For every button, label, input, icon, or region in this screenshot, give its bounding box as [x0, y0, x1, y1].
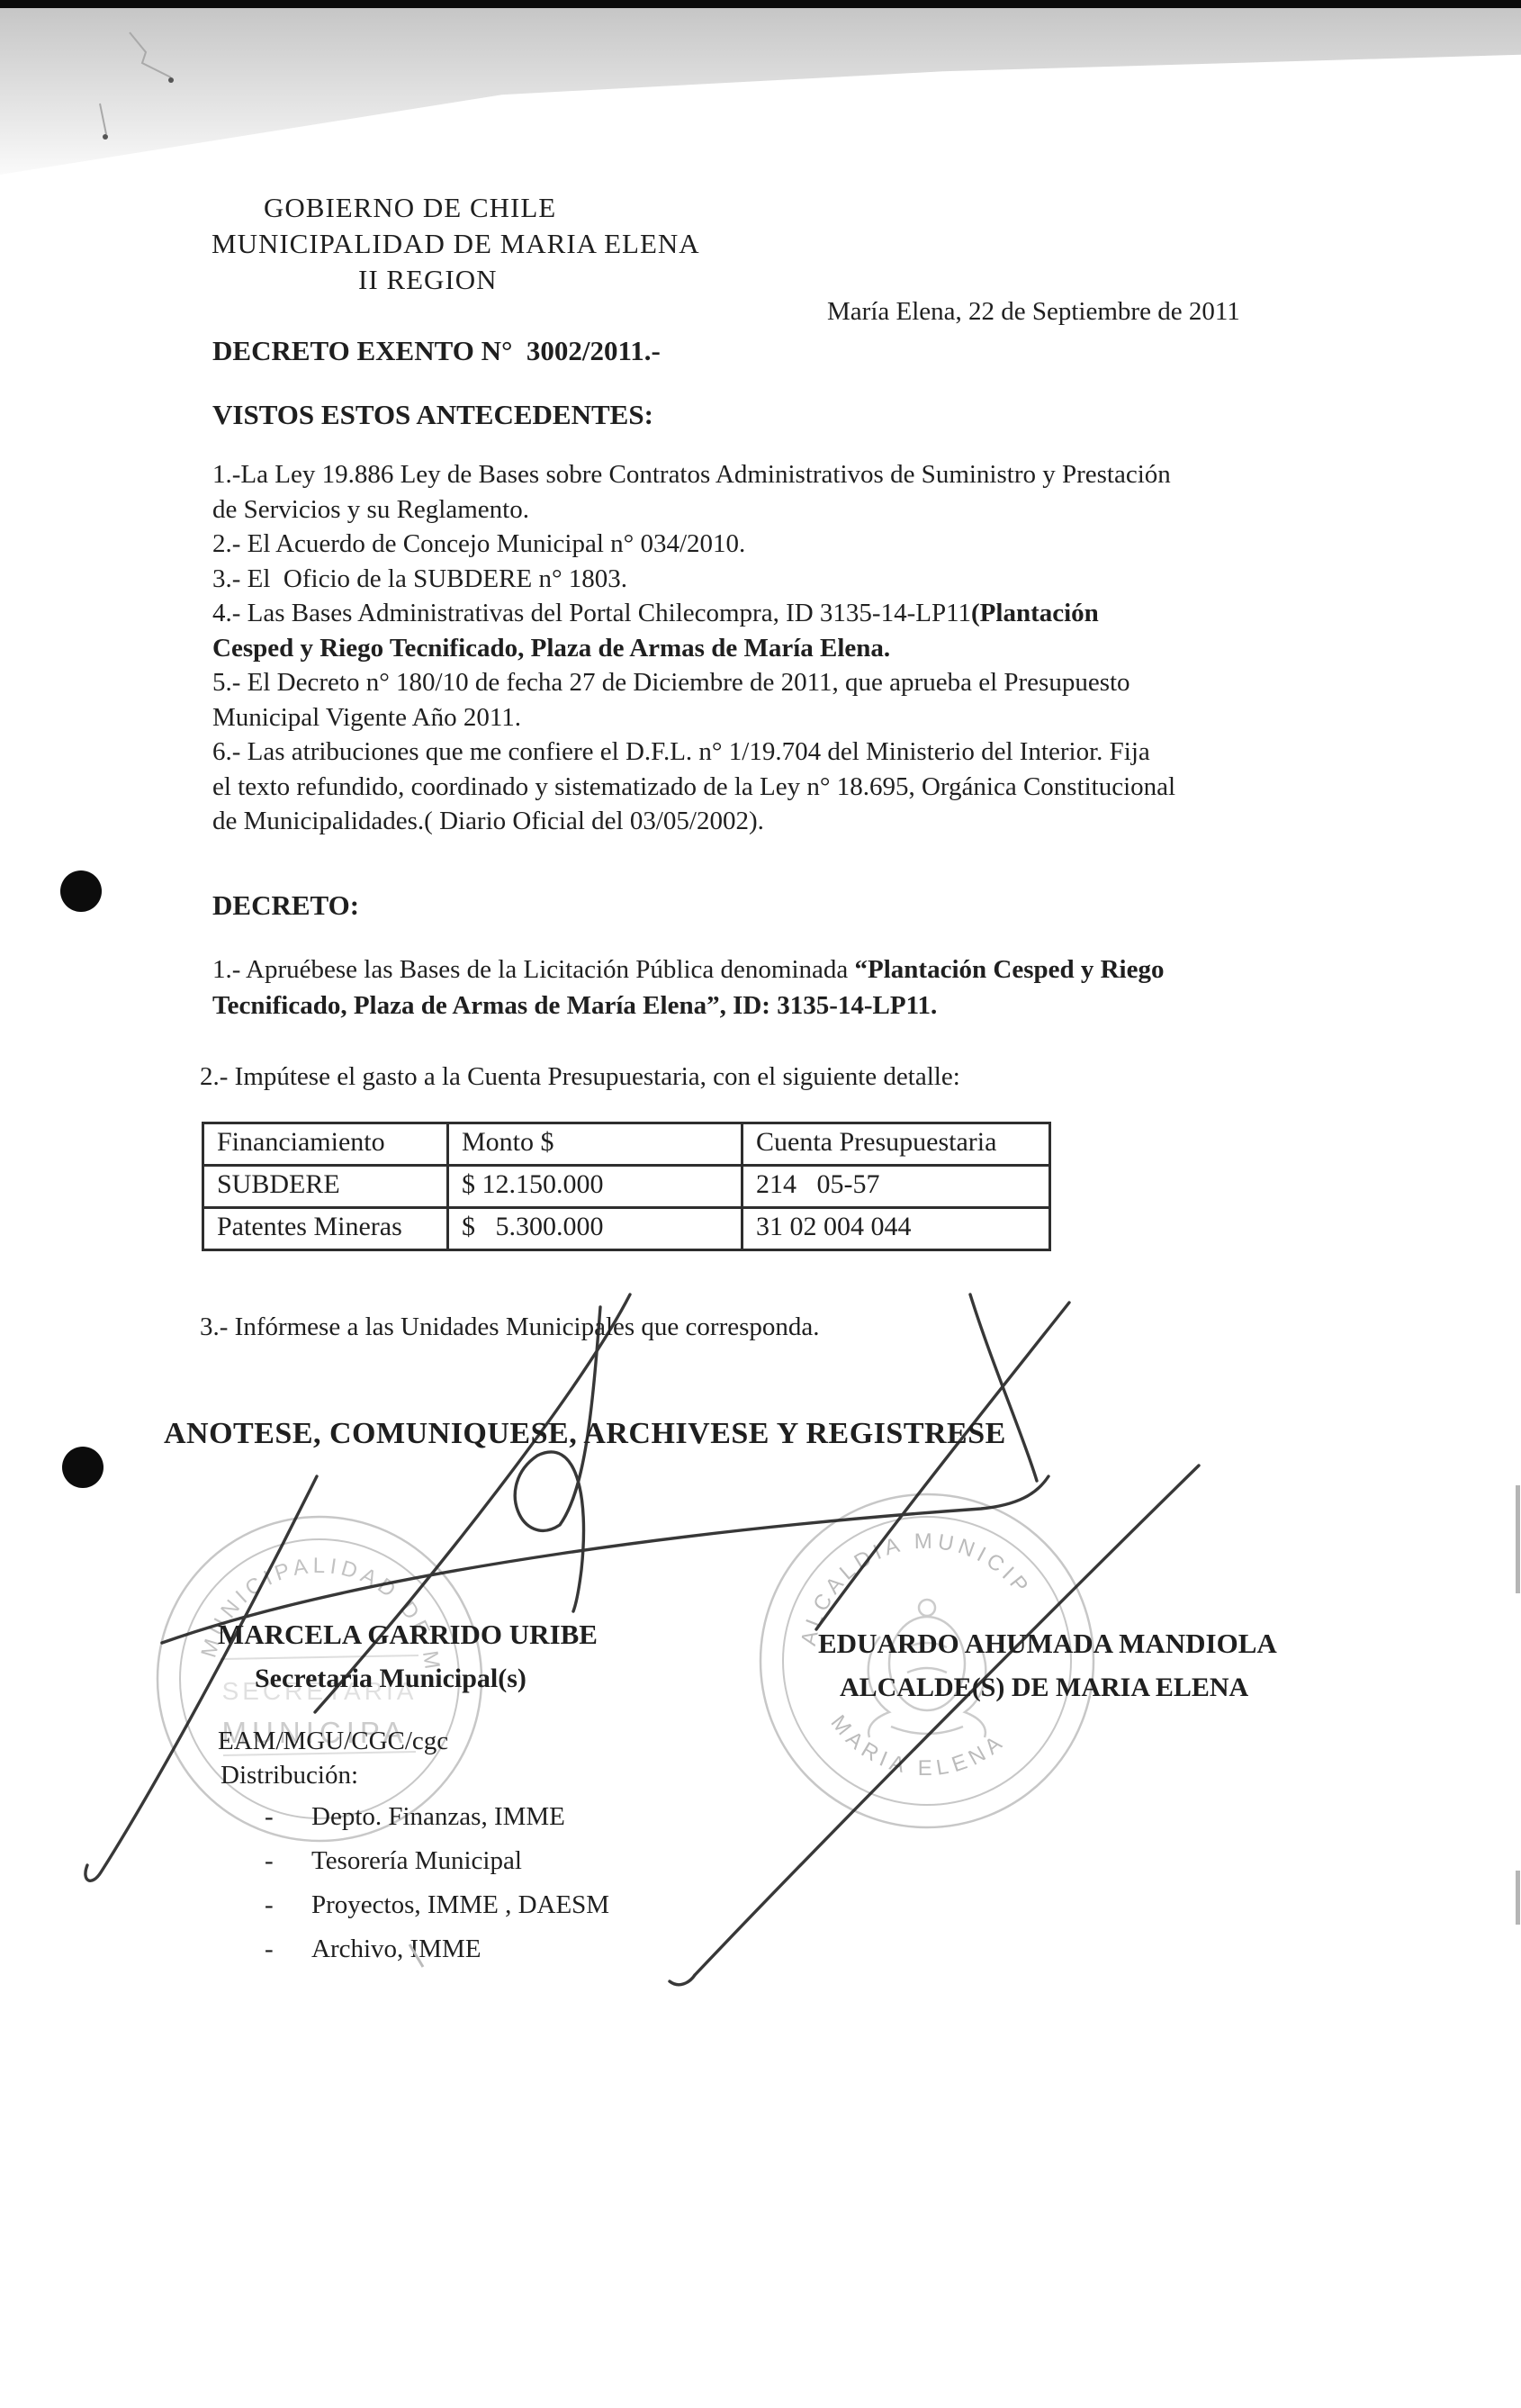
signature-left-name: MARCELA GARRIDO URIBE — [218, 1619, 598, 1651]
punch-hole-dot — [62, 1447, 103, 1488]
vistos-items: 1.-La Ley 19.886 Ley de Bases sobre Cont… — [212, 457, 1337, 839]
budget-table-row: Patentes Mineras $ 5.300.000 31 02 004 0… — [203, 1208, 1050, 1250]
letterhead-line2: MUNICIPALIDAD DE MARIA ELENA — [211, 228, 700, 260]
dash-bullet: - — [265, 1935, 311, 1964]
scanned-decree-page: GOBIERNO DE CHILE MUNICIPALIDAD DE MARIA… — [0, 0, 1521, 2408]
distribution-item: -Tesorería Municipal — [265, 1846, 609, 1890]
distribution-label: Distribución: — [220, 1761, 358, 1790]
budget-table-row: SUBDERE $ 12.150.000 214 05-57 — [203, 1166, 1050, 1208]
budget-header-monto: Monto $ — [448, 1123, 742, 1166]
letterhead-line3: II REGION — [358, 264, 498, 296]
alcaldia-stamp — [760, 1494, 1093, 1827]
decreto-item-2: 2.- Impútese el gasto a la Cuenta Presup… — [200, 1062, 960, 1092]
budget-header-financiamiento: Financiamiento — [203, 1123, 448, 1166]
decreto-item-1: 1.- Apruébese las Bases de la Licitación… — [212, 952, 1337, 1024]
signature-right-title: ALCALDE(S) DE MARIA ELENA — [840, 1673, 1248, 1703]
punch-hole-dot — [60, 870, 102, 912]
closing-formula: ANOTESE, COMUNIQUESE, ARCHIVESE Y REGIST… — [164, 1417, 1006, 1451]
distribution-item: -Depto. Finanzas, IMME — [265, 1802, 609, 1846]
decreto-heading: DECRETO: — [212, 889, 359, 922]
decree-number: DECRETO EXENTO N° 3002/2011.- — [212, 335, 661, 367]
vistos-item-6: 6.- Las atribuciones que me confiere el … — [212, 735, 1337, 839]
letterhead-line1: GOBIERNO DE CHILE — [264, 192, 556, 224]
vistos-item-1: 1.-La Ley 19.886 Ley de Bases sobre Cont… — [212, 457, 1337, 527]
signature-left-title: Secretaria Municipal(s) — [255, 1664, 526, 1694]
signature-right-name: EDUARDO AHUMADA MANDIOLA — [818, 1628, 1277, 1660]
dash-bullet: - — [265, 1846, 311, 1876]
dateline: María Elena, 22 de Septiembre de 2011 — [827, 297, 1240, 327]
scan-right-edge-mark — [1516, 1871, 1520, 1925]
budget-table: Financiamiento Monto $ Cuenta Presupuest… — [202, 1122, 1051, 1251]
budget-header-cuenta: Cuenta Presupuestaria — [742, 1123, 1050, 1166]
distribution-item: -Proyectos, IMME , DAESM — [265, 1890, 609, 1935]
vistos-item-4: 4.- Las Bases Administrativas del Portal… — [212, 596, 1337, 665]
scan-top-black-bar — [0, 0, 1521, 8]
distribution-item: -Archivo, IMME — [265, 1935, 609, 1979]
alcaldia-stamp-arc-bottom-text: MARIA ELENA — [826, 1710, 1012, 1781]
vistos-item-2: 2.- El Acuerdo de Concejo Municipal n° 0… — [212, 527, 1337, 562]
vistos-item-3: 3.- El Oficio de la SUBDERE n° 1803. — [212, 562, 1337, 597]
alcaldia-stamp-emblem — [868, 1600, 986, 1737]
vistos-item-5: 5.- El Decreto n° 180/10 de fecha 27 de … — [212, 665, 1337, 735]
distribution-list: -Depto. Finanzas, IMME -Tesorería Munici… — [265, 1802, 609, 1979]
decreto-item-3: 3.- Infórmese a las Unidades Municipales… — [200, 1312, 820, 1342]
dash-bullet: - — [265, 1890, 311, 1920]
dash-bullet: - — [265, 1802, 311, 1832]
scan-right-edge-mark — [1516, 1485, 1520, 1593]
initials-line: EAM/MGU/CGC/cgc — [218, 1727, 448, 1756]
vistos-heading: VISTOS ESTOS ANTECEDENTES: — [212, 399, 653, 431]
budget-table-header-row: Financiamiento Monto $ Cuenta Presupuest… — [203, 1123, 1050, 1166]
scan-fold-shadow — [0, 8, 1521, 175]
